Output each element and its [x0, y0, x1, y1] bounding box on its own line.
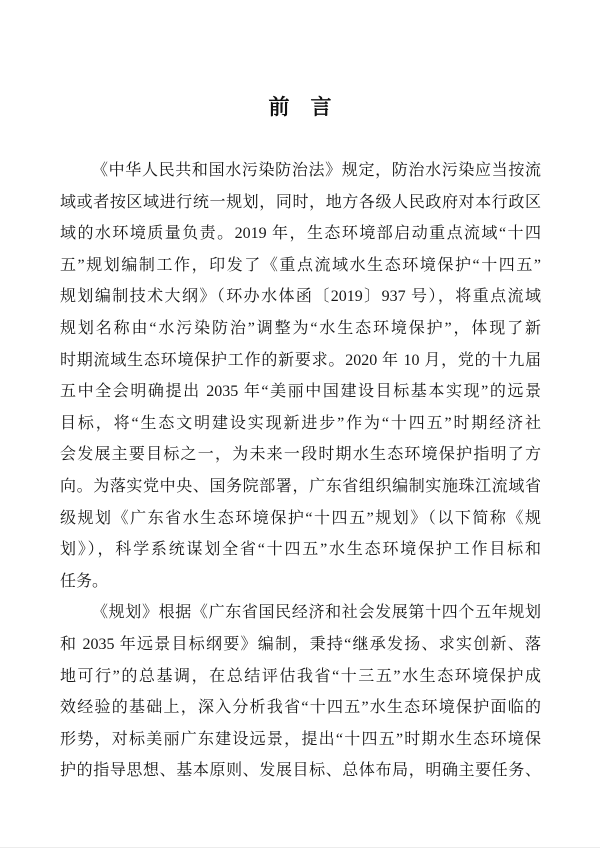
text-line: 《中华人民共和国水污染防治法》规定，防治水污染应当按流: [60, 155, 541, 187]
text-line: 地可行”的总基调，在总结评估我省“十三五”水生态环境保护成: [60, 661, 541, 693]
paragraph: 《中华人民共和国水污染防治法》规定，防治水污染应当按流域或者按区域进行统一规划，…: [60, 155, 541, 597]
text-line: 形势，对标美丽广东建设远景，提出“十四五”时期水生态环境保: [60, 724, 541, 756]
text-line: 五中全会明确提出 2035 年“美丽中国建设目标基本实现”的远景: [60, 376, 541, 408]
text-line: 规划编制技术大纲》（环办水体函〔2019〕937 号），将重点流域: [60, 281, 541, 313]
text-line: 目标，将“生态文明建设实现新进步”作为“十四五”时期经济社: [60, 408, 541, 440]
text-line: 域的水环境质量负责。2019 年，生态环境部启动重点流域“十四: [60, 218, 541, 250]
text-line: 规划名称由“水污染防治”调整为“水生态环境保护”，体现了新: [60, 313, 541, 345]
text-line: 效经验的基础上，深入分析我省“十四五”水生态环境保护面临的: [60, 692, 541, 724]
document-page: 前 言 《中华人民共和国水污染防治法》规定，防治水污染应当按流域或者按区域进行统…: [0, 0, 600, 848]
text-line: 会发展主要目标之一，为未来一段时期水生态环境保护指明了方: [60, 439, 541, 471]
text-line: 级规划《广东省水生态环境保护“十四五”规划》（以下简称《规: [60, 503, 541, 535]
text-line: 五”规划编制工作，印发了《重点流域水生态环境保护“十四五”: [60, 250, 541, 282]
text-line: 域或者按区域进行统一规划，同时，地方各级人民政府对本行政区: [60, 187, 541, 219]
text-line: 向。为落实党中央、国务院部署，广东省组织编制实施珠江流域省: [60, 471, 541, 503]
text-line: 任务。: [60, 566, 541, 598]
paragraph: 《规划》根据《广东省国民经济和社会发展第十四个五年规划和 2035 年远景目标纲…: [60, 597, 541, 787]
document-body: 《中华人民共和国水污染防治法》规定，防治水污染应当按流域或者按区域进行统一规划，…: [60, 155, 541, 787]
text-line: 时期流域生态环境保护工作的新要求。2020 年 10 月，党的十九届: [60, 345, 541, 377]
text-line: 《规划》根据《广东省国民经济和社会发展第十四个五年规划: [60, 597, 541, 629]
text-line: 和 2035 年远景目标纲要》编制，秉持“继承发扬、求实创新、落: [60, 629, 541, 661]
text-line: 划》），科学系统谋划全省“十四五”水生态环境保护工作目标和: [60, 534, 541, 566]
text-line: 护的指导思想、基本原则、发展目标、总体布局，明确主要任务、: [60, 755, 541, 787]
page-title: 前 言: [0, 95, 600, 119]
